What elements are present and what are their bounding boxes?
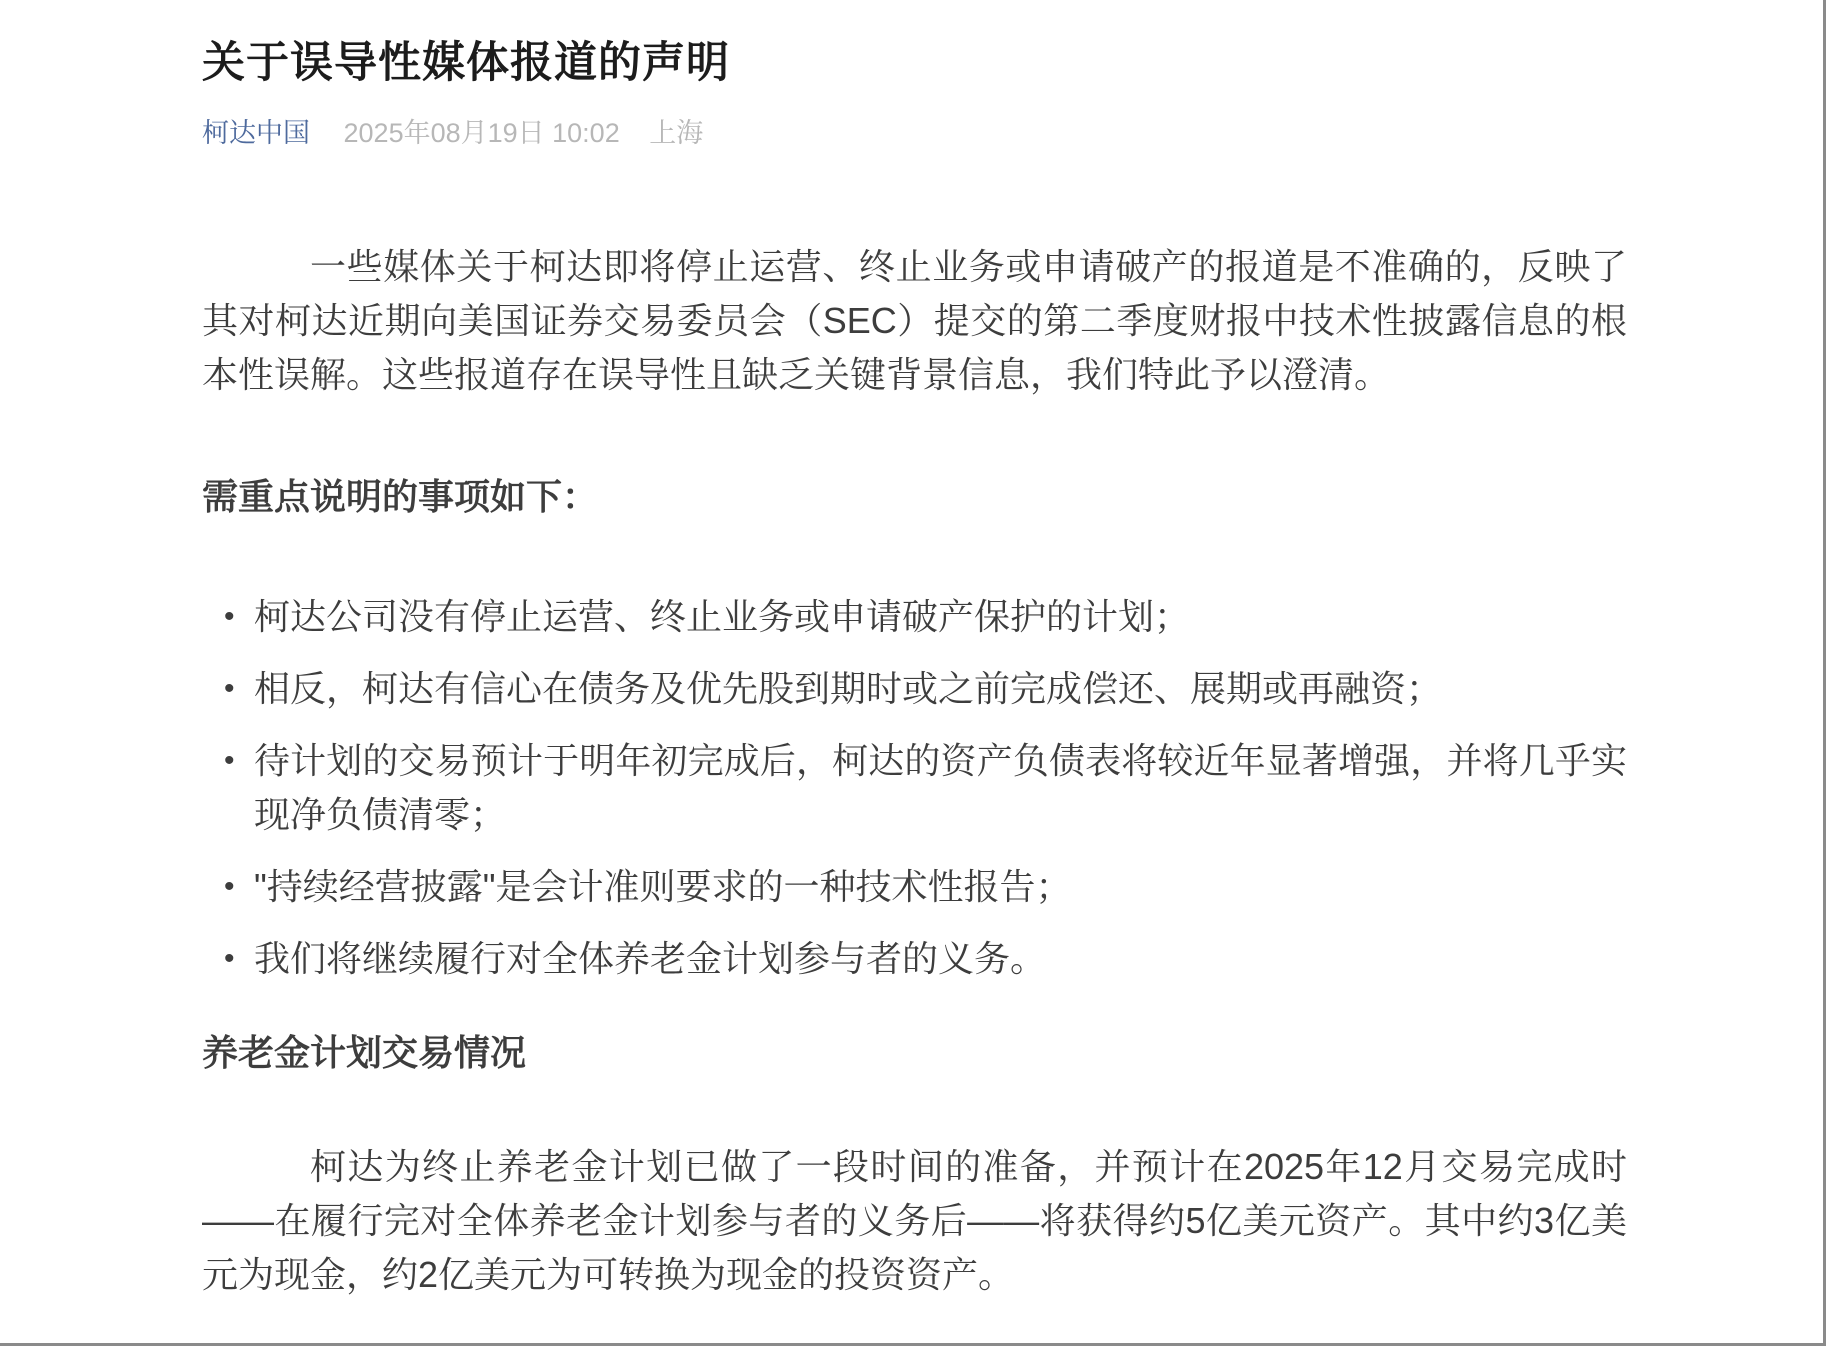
list-item: • 待计划的交易预计于明年初完成后，柯达的资产负债表将较近年显著增强，并将几乎实…: [202, 734, 1627, 842]
bullet-icon: •: [202, 662, 254, 716]
bullet-icon: •: [202, 734, 254, 788]
source-link[interactable]: 柯达中国: [202, 118, 310, 148]
article-page: 关于误导性媒体报道的声明 柯达中国 2025年08月19日 10:02 上海 一…: [0, 0, 1826, 1346]
publish-location: 上海: [649, 118, 703, 148]
intro-paragraph: 一些媒体关于柯达即将停止运营、终止业务或申请破产的报道是不准确的，反映了其对柯达…: [202, 240, 1627, 402]
bullet-icon: •: [202, 590, 254, 644]
bullet-icon: •: [202, 860, 254, 914]
list-item: • 相反，柯达有信心在债务及优先股到期时或之前完成偿还、展期或再融资；: [202, 662, 1627, 716]
list-item-text: 相反，柯达有信心在债务及优先股到期时或之前完成偿还、展期或再融资；: [254, 662, 1627, 716]
byline: 柯达中国 2025年08月19日 10:02 上海: [202, 116, 1627, 150]
article-title: 关于误导性媒体报道的声明: [202, 36, 1627, 90]
list-item: • 柯达公司没有停止运营、终止业务或申请破产保护的计划；: [202, 590, 1627, 644]
section-heading-pension: 养老金计划交易情况: [202, 1026, 1627, 1080]
list-item-text: 柯达公司没有停止运营、终止业务或申请破产保护的计划；: [254, 590, 1627, 644]
list-item-text: "持续经营披露"是会计准则要求的一种技术性报告；: [254, 860, 1627, 914]
list-item-text: 待计划的交易预计于明年初完成后，柯达的资产负债表将较近年显著增强，并将几乎实现净…: [254, 734, 1627, 842]
list-item: • "持续经营披露"是会计准则要求的一种技术性报告；: [202, 860, 1627, 914]
pension-paragraph: 柯达为终止养老金计划已做了一段时间的准备，并预计在2025年12月交易完成时——…: [202, 1140, 1627, 1302]
key-points-list: • 柯达公司没有停止运营、终止业务或申请破产保护的计划； • 相反，柯达有信心在…: [202, 590, 1627, 986]
bullet-icon: •: [202, 932, 254, 986]
article-content: 关于误导性媒体报道的声明 柯达中国 2025年08月19日 10:02 上海 一…: [0, 0, 1823, 1302]
publish-datetime: 2025年08月19日 10:02: [344, 118, 620, 148]
list-item-text: 我们将继续履行对全体养老金计划参与者的义务。: [254, 932, 1627, 986]
list-item: • 我们将继续履行对全体养老金计划参与者的义务。: [202, 932, 1627, 986]
section-heading-key-points: 需重点说明的事项如下：: [202, 470, 1627, 524]
